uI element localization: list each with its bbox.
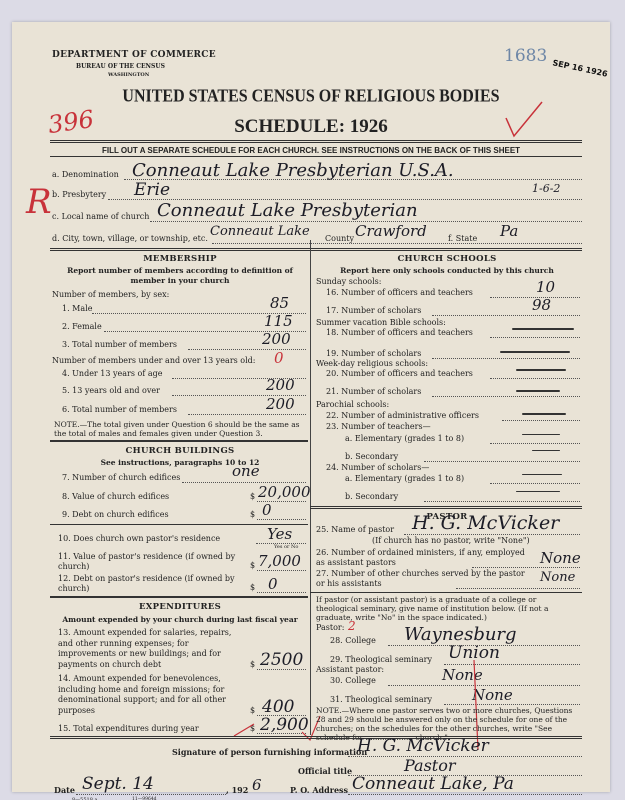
red-check-icon bbox=[504, 100, 544, 140]
q21-dash bbox=[516, 390, 560, 392]
po-address-label: P. O. Address bbox=[290, 785, 348, 795]
q17-field[interactable]: 98 bbox=[532, 296, 551, 314]
q25-label: 25. Name of pastor bbox=[316, 525, 394, 534]
q11-label: 11. Value of pastor's residence (if owne… bbox=[58, 552, 248, 572]
q22-dash bbox=[522, 413, 566, 415]
department-label: DEPARTMENT OF COMMERCE bbox=[52, 50, 216, 60]
schools-subheading: Report here only schools conducted by th… bbox=[312, 266, 582, 275]
divider bbox=[50, 248, 582, 251]
divider bbox=[50, 140, 582, 143]
q1-label: 1. Male bbox=[62, 304, 92, 313]
q13-label: 13. Amount expended for salaries, repair… bbox=[58, 628, 244, 670]
q23b-label: b. Secondary bbox=[345, 452, 398, 461]
q25-hint: (If church has no pastor, write "None") bbox=[372, 536, 530, 545]
county-label: County bbox=[325, 234, 354, 243]
assistant-pastor-sublabel: Assistant pastor: bbox=[316, 665, 384, 674]
presbytery-code: 1-6-2 bbox=[532, 182, 560, 195]
q13-salaries-field[interactable]: 2500 bbox=[260, 650, 303, 670]
expenditures-heading: EXPENDITURES bbox=[52, 602, 308, 612]
q7-edifices-field[interactable]: one bbox=[232, 462, 260, 480]
state-field[interactable]: Pa bbox=[500, 222, 518, 240]
q4-under13-field[interactable]: 0 bbox=[274, 349, 284, 367]
q9-debt-field[interactable]: 0 bbox=[262, 501, 272, 519]
summer-schools-label: Summer vacation Bible schools: bbox=[316, 318, 446, 327]
q9-label: 9. Debt on church edifices bbox=[62, 510, 169, 519]
q28-college-field[interactable]: Waynesburg bbox=[404, 624, 517, 645]
q20-dash bbox=[516, 369, 566, 371]
q24-label: 24. Number of scholars— bbox=[326, 463, 429, 472]
q10-residence-field[interactable]: Yes bbox=[267, 525, 292, 543]
q3-label: 3. Total number of members bbox=[62, 340, 177, 349]
denomination-label: a. Denomination bbox=[52, 170, 119, 179]
q16-label: 16. Number of officers and teachers bbox=[326, 288, 473, 297]
po-address-field[interactable]: Conneaut Lake, Pa bbox=[352, 774, 514, 794]
q24a-label: a. Elementary (grades 1 to 8) bbox=[345, 474, 464, 483]
q12-label: 12. Debt on pastor's residence (if owned… bbox=[58, 574, 248, 594]
q11-value-field[interactable]: 7,000 bbox=[258, 552, 301, 570]
q20-label: 20. Number of officers and teachers bbox=[326, 369, 473, 378]
q23b-dash bbox=[532, 450, 560, 451]
local-name-label: c. Local name of church bbox=[52, 212, 149, 221]
membership-heading: MEMBERSHIP bbox=[52, 254, 308, 264]
q15-label: 15. Total expenditures during year bbox=[58, 724, 199, 733]
city-field[interactable]: Conneaut Lake bbox=[210, 224, 310, 239]
instruction-bar: FILL OUT A SEPARATE SCHEDULE FOR EACH CH… bbox=[12, 146, 610, 155]
q22-label: 22. Number of administrative officers bbox=[326, 411, 479, 420]
q24b-dash bbox=[516, 491, 560, 492]
q26-label: 26. Number of ordained ministers, if any… bbox=[316, 548, 526, 568]
red-pastor-mark: 2 bbox=[348, 619, 356, 633]
year-field[interactable]: 6 bbox=[252, 776, 262, 794]
presbytery-label: b. Presbytery bbox=[52, 190, 106, 199]
stamp-date: SEP 16 1926 bbox=[552, 58, 609, 78]
q10-label: 10. Does church own pastor's residence bbox=[58, 534, 220, 543]
membership-subheading: Report number of members according to de… bbox=[62, 266, 298, 286]
signature-field[interactable]: H. G. McVicker bbox=[357, 736, 489, 756]
members-by-sex-label: Number of members, by sex: bbox=[52, 290, 169, 299]
buildings-heading: CHURCH BUILDINGS bbox=[52, 446, 308, 456]
year-prefix: , 192 bbox=[226, 785, 248, 795]
q19-dash bbox=[500, 351, 570, 353]
q6-label: 6. Total number of members bbox=[62, 405, 177, 414]
city-label: WASHINGTON bbox=[108, 72, 149, 78]
q6-total-field[interactable]: 200 bbox=[266, 395, 295, 413]
q28-label: 28. College bbox=[330, 636, 376, 645]
local-name-field[interactable]: Conneaut Lake Presbyterian bbox=[157, 200, 418, 221]
q17-label: 17. Number of scholars bbox=[326, 306, 421, 315]
q26-assistants-field[interactable]: None bbox=[540, 549, 581, 567]
q21-label: 21. Number of scholars bbox=[326, 387, 421, 396]
official-title-field[interactable]: Pastor bbox=[404, 756, 456, 775]
denomination-field[interactable]: Conneaut Lake Presbyterian U.S.A. bbox=[132, 160, 454, 181]
city-label-field: d. City, town, village, or township, etc… bbox=[52, 234, 208, 243]
date-label: Date bbox=[54, 785, 75, 795]
q24a-dash bbox=[522, 474, 562, 475]
q27-other-churches-field[interactable]: None bbox=[540, 570, 575, 585]
state-label: f. State bbox=[448, 234, 477, 243]
q2-female-field[interactable]: 115 bbox=[264, 312, 293, 330]
expenditures-subheading: Amount expended by your church during la… bbox=[52, 615, 308, 624]
q29-label: 29. Theological seminary bbox=[330, 655, 432, 664]
census-schedule-sheet: DEPARTMENT OF COMMERCE BUREAU OF THE CEN… bbox=[12, 22, 610, 792]
q30-label: 30. College bbox=[330, 676, 376, 685]
graduate-note: If pastor (or assistant pastor) is a gra… bbox=[316, 595, 580, 622]
q4-label: 4. Under 13 years of age bbox=[62, 369, 162, 378]
q8-label: 8. Value of church edifices bbox=[62, 492, 169, 501]
stamp-number: 1683 bbox=[504, 46, 547, 66]
q23a-dash bbox=[522, 434, 560, 435]
q23a-label: a. Elementary (grades 1 to 8) bbox=[345, 434, 464, 443]
parochial-schools-label: Parochial schools: bbox=[316, 400, 389, 409]
members-by-age-label: Number of members under and over 13 year… bbox=[52, 356, 255, 365]
q2-label: 2. Female bbox=[62, 322, 102, 331]
date-field[interactable]: Sept. 14 bbox=[82, 774, 154, 794]
q8-value-field[interactable]: 20,000 bbox=[258, 483, 311, 501]
q25-pastor-name-field[interactable]: H. G. McVicker bbox=[412, 512, 559, 534]
q3-total-field[interactable]: 200 bbox=[262, 330, 291, 348]
q24b-label: b. Secondary bbox=[345, 492, 398, 501]
sunday-schools-label: Sunday schools: bbox=[316, 277, 381, 286]
q23-label: 23. Number of teachers— bbox=[326, 422, 431, 431]
q19-label: 19. Number of scholars bbox=[326, 349, 421, 358]
q18-label: 18. Number of officers and teachers bbox=[326, 328, 473, 337]
divider bbox=[50, 156, 582, 157]
q27-label: 27. Number of other churches served by t… bbox=[316, 569, 526, 589]
buildings-subheading: See instructions, paragraphs 10 to 12 bbox=[52, 458, 308, 467]
q12-debt-field[interactable]: 0 bbox=[268, 575, 278, 593]
official-title-label: Official title bbox=[298, 766, 352, 776]
county-field[interactable]: Crawford bbox=[355, 222, 427, 240]
q5-13plus-field[interactable]: 200 bbox=[266, 376, 295, 394]
schools-heading: CHURCH SCHOOLS bbox=[312, 254, 582, 264]
membership-note: NOTE.—The total given under Question 6 s… bbox=[54, 420, 306, 438]
pastor-sublabel: Pastor: bbox=[316, 623, 344, 632]
q16-field[interactable]: 10 bbox=[536, 278, 555, 296]
q18-dash bbox=[512, 328, 574, 330]
q7-label: 7. Number of church edifices bbox=[62, 473, 180, 482]
signature-label: Signature of person furnishing informati… bbox=[172, 747, 367, 757]
presbytery-field[interactable]: Erie bbox=[134, 180, 170, 200]
q1-male-field[interactable]: 85 bbox=[270, 294, 289, 312]
bureau-label: BUREAU OF THE CENSUS bbox=[76, 63, 165, 70]
yes-no-hint: Yes or No bbox=[274, 544, 298, 550]
red-margin-mark: R bbox=[26, 182, 52, 222]
q5-label: 5. 13 years old and over bbox=[62, 386, 160, 395]
q31-label: 31. Theological seminary bbox=[330, 695, 432, 704]
weekday-schools-label: Week-day religious schools: bbox=[316, 359, 428, 368]
q14-label: 14. Amount expended for benevolences, in… bbox=[58, 674, 244, 716]
